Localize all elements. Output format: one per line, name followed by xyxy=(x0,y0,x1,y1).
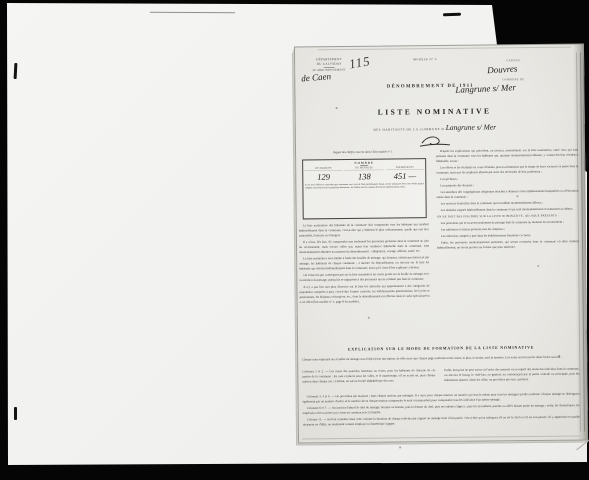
recap-value-maisons: 129 xyxy=(303,172,344,182)
right-item: Les malades soignés habituellement dans … xyxy=(437,207,579,214)
right-column-text: D'après les explications qui précèdent, … xyxy=(436,148,580,356)
paraph-flourish xyxy=(418,134,452,148)
right-item: Les préposés des douanes ; xyxy=(436,182,578,189)
explanation-paragraph: Colonne 11. — On fera connaître dans cet… xyxy=(303,415,580,428)
right-item: Les élèves et les étudiants en cours d'é… xyxy=(436,164,578,176)
canton-label: Canton xyxy=(463,59,563,63)
right-item: Les membres des congrégations religieuse… xyxy=(436,189,578,201)
right-item: Les pêcheurs ; xyxy=(436,176,578,183)
explanation-intro-block: Chaque nom emprunté aux feuilles de ména… xyxy=(302,355,579,368)
recap-caption-block: Rappel des chiffres inscrits dans l'État… xyxy=(298,150,428,157)
right-closing: Enfin, les personnes momentanément prése… xyxy=(437,239,579,251)
subtitle-prefix: DES HABITANTS DE LA COMMUNE D xyxy=(373,127,444,131)
left-paragraph: Il y a lieu, dès lors, d'y comprendre no… xyxy=(299,239,429,255)
document-page: Département du Calvados 2e Arrondissemen… xyxy=(294,43,588,443)
recap-value-menages: 138 xyxy=(344,172,385,182)
recap-header-menages: DE MÉNAGES xyxy=(345,167,383,171)
left-paragraph: La liste nominative des habitants de la … xyxy=(299,222,429,238)
page-edge-top xyxy=(318,47,571,51)
subtitle-commune-handwritten: Langrune s/ Mer xyxy=(446,123,497,132)
recap-box: NOMBRE DE MAISONS DE MÉNAGES D'HABITANTS… xyxy=(302,158,427,219)
right-item: Les ouvriers domiciliés dans la commune … xyxy=(437,200,579,207)
canton-handwritten: Douvres xyxy=(487,63,518,75)
census-title-block: DÉNOMBREMENT DE 1911 xyxy=(295,82,565,96)
right-item: Les individus comptés à part dans les ét… xyxy=(437,233,579,240)
recap-title-rule xyxy=(360,165,368,166)
left-paragraph: La liste nominative sera établie à l'aid… xyxy=(299,255,429,271)
left-paragraph: On n'inscrira par conséquent pas sur la … xyxy=(299,272,429,283)
recap-header-habitants: D'HABITANTS xyxy=(386,166,424,170)
right-intro: D'après les explications qui précèdent, … xyxy=(436,148,578,165)
right-caps-line: ON NE DOIT PAS INSCRIRE SUR LA LISTE NOM… xyxy=(437,213,579,219)
registration-tick-bottom-left xyxy=(14,407,17,420)
right-item: Les personnes qui se trouvent seulement … xyxy=(437,220,579,227)
right-item: Les militaires et marins présents sous l… xyxy=(437,226,579,233)
left-paragraph: Il n'y a pas lieu non plus d'inscrire su… xyxy=(299,283,429,304)
recap-note: Si ces trois chiffres ne concordent pas … xyxy=(303,182,425,189)
recap-box-title: NOMBRE xyxy=(303,161,425,165)
ink-dash xyxy=(443,13,461,17)
list-title: LISTE NOMINATIVE xyxy=(296,107,574,118)
recap-flourish: — xyxy=(409,171,417,181)
recap-value-habitants: 451 — xyxy=(385,171,426,181)
recap-header-maisons: DE MAISONS xyxy=(305,167,343,171)
explanation-paragraphs: Colonnes 3, 4 et 5. — On procédera par m… xyxy=(303,392,581,464)
recap-caption: Rappel des chiffres inscrits dans l'État… xyxy=(298,150,428,154)
